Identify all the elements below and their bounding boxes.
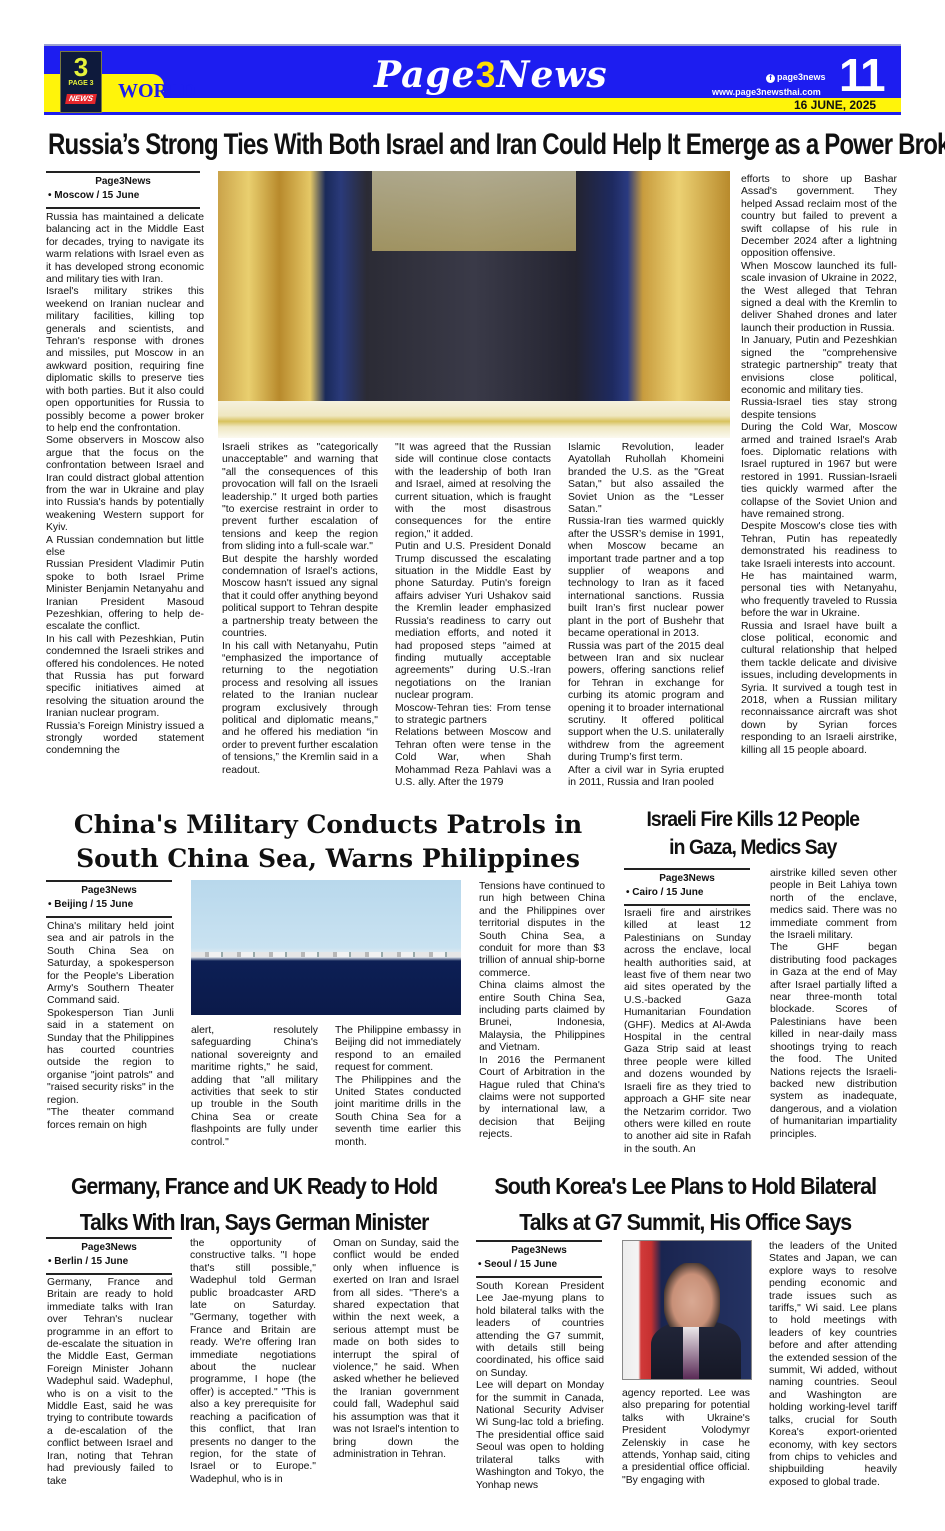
byline-dateline: • Beijing / 15 June <box>46 898 172 912</box>
korea-col-2: agency reported. Lee was also preparing … <box>622 1388 750 1487</box>
article-paragraph: the opportunity of constructive talks. "… <box>190 1238 316 1486</box>
germany-col-2: the opportunity of constructive talks. "… <box>190 1238 316 1486</box>
facebook-handle-text: page3news <box>777 72 826 82</box>
article-paragraph: Oman on Sunday, said the conflict would … <box>333 1238 459 1461</box>
newspaper-page: 3 PAGE 3 NEWS WORLD Page3News fpage3news… <box>44 44 901 1494</box>
kremlin-interior <box>372 171 577 251</box>
article-paragraph: In his call with Pezeshkian, Putin conde… <box>46 634 204 721</box>
article-paragraph: The Philippines and the United States co… <box>335 1075 461 1149</box>
china-col-1: China's military held joint sea and air … <box>47 921 174 1132</box>
facebook-handle[interactable]: fpage3news <box>766 72 826 83</box>
article-paragraph: Tensions have continued to run high betw… <box>479 881 605 980</box>
byline-dateline: • Moscow / 15 June <box>46 189 200 203</box>
china-col-3: The Philippine embassy in Beijing did no… <box>335 1025 461 1149</box>
article-paragraph: Spokesperson Tian Junli said in a statem… <box>47 1008 174 1107</box>
russia-subhead-2: Moscow-Tehran ties: From tense to strate… <box>395 703 551 728</box>
article-paragraph: Russia has maintained a delicate balanci… <box>46 212 204 286</box>
page-number: 11 <box>839 50 884 100</box>
article-paragraph: agency reported. Lee was also preparing … <box>622 1388 750 1487</box>
china-byline: Page3News • Beijing / 15 June <box>46 880 172 918</box>
article-paragraph: airstrike killed seven other people in B… <box>770 868 897 942</box>
article-paragraph: Islamic Revolution, leader Ayatollah Ruh… <box>568 442 724 516</box>
byline-dateline: • Cairo / 15 June <box>624 886 750 900</box>
brand-left: Page <box>374 54 476 96</box>
kremlin-floor-trim <box>218 401 730 438</box>
byline-source: Page3News <box>624 872 750 886</box>
byline-dateline: • Seoul / 15 June <box>476 1258 602 1272</box>
russia-col-5: efforts to shore up Bashar Assad's gover… <box>741 174 897 757</box>
article-paragraph: Despite Moscow's close ties with Tehran,… <box>741 521 897 571</box>
byline-source: Page3News <box>476 1244 602 1258</box>
byline-dateline: • Berlin / 15 June <box>46 1255 172 1269</box>
germany-col-3: Oman on Sunday, said the conflict would … <box>333 1238 459 1461</box>
article-paragraph: When Moscow launched its full-scale inva… <box>741 261 897 335</box>
article-paragraph: During the Cold War, Moscow armed and tr… <box>741 422 897 521</box>
article-paragraph: In 2016 the Permanent Court of Arbitrati… <box>479 1055 605 1142</box>
article-paragraph: Relations between Moscow and Tehran ofte… <box>395 727 551 789</box>
masthead-divider <box>44 112 901 115</box>
russia-col-3: "It was agreed that the Russian side wil… <box>395 442 551 789</box>
russia-col-1: Russia has maintained a delicate balanci… <box>46 212 204 758</box>
article-paragraph: Russia and Israel have built a close pol… <box>741 621 897 757</box>
article-paragraph: After a civil war in Syria erupted in 20… <box>568 765 724 790</box>
article-paragraph: But despite the harshly worded condemnat… <box>222 554 378 641</box>
germany-headline: Germany, France and UK Ready to Hold Tal… <box>54 1168 454 1240</box>
russia-subhead-3: Russia-Israel ties stay strong despite t… <box>741 397 897 422</box>
website-link[interactable]: www.page3newsthai.com <box>712 87 821 98</box>
article-paragraph: Israel's military strikes this weekend o… <box>46 286 204 435</box>
article-paragraph: In his call with Netanyahu, Putin “empha… <box>222 641 378 777</box>
masthead: 3 PAGE 3 NEWS WORLD Page3News fpage3news… <box>44 44 901 104</box>
logo-number: 3 <box>61 54 101 80</box>
gaza-col-2: airstrike killed seven other people in B… <box>770 868 897 1141</box>
article-paragraph: efforts to shore up Bashar Assad's gover… <box>741 174 897 261</box>
article-paragraph: In January, Putin and Pezeshkian signed … <box>741 335 897 397</box>
article-paragraph: South Korean President Lee Jae-myung pla… <box>476 1281 604 1380</box>
article-paragraph: Germany, France and Britain are ready to… <box>47 1277 173 1488</box>
article-paragraph: Russia was part of the 2015 deal between… <box>568 641 724 765</box>
byline-source: Page3News <box>46 1241 172 1255</box>
article-paragraph: the leaders of the United States and Jap… <box>769 1241 897 1489</box>
article-paragraph: Israeli fire and airstrikes killed at le… <box>624 908 751 1156</box>
china-headline: China's Military Conducts Patrols in Sou… <box>48 808 608 876</box>
korea-col-1: South Korean President Lee Jae-myung pla… <box>476 1281 604 1492</box>
byline-source: Page3News <box>46 175 200 189</box>
article-paragraph: Israeli strikes as "categorically unacce… <box>222 442 378 554</box>
island-skyline <box>191 952 461 957</box>
china-col-2: alert, resolutely safeguarding China's n… <box>191 1025 318 1149</box>
article-paragraph: Russia’s Foreign Ministry issued a stron… <box>46 721 204 758</box>
russia-byline: Page3News • Moscow / 15 June <box>46 171 200 209</box>
article-paragraph: alert, resolutely safeguarding China's n… <box>191 1025 318 1149</box>
germany-col-1: Germany, France and Britain are ready to… <box>47 1277 173 1488</box>
korea-headline: South Korea's Lee Plans to Hold Bilatera… <box>476 1168 895 1240</box>
facebook-icon: f <box>766 74 775 83</box>
byline-source: Page3News <box>46 884 172 898</box>
article-paragraph: "It was agreed that the Russian side wil… <box>395 442 551 541</box>
page3-logo: 3 PAGE 3 NEWS <box>60 51 102 113</box>
brand-three: 3 <box>476 54 497 95</box>
russia-headline: Russia’s Strong Ties With Both Israel an… <box>48 126 898 164</box>
article-paragraph: He has maintained warm, personal ties wi… <box>741 571 897 621</box>
logo-badge: NEWS <box>65 94 97 104</box>
gaza-byline: Page3News • Cairo / 15 June <box>624 868 750 906</box>
section-label: WORLD <box>118 80 196 102</box>
russia-col-4: Islamic Revolution, leader Ayatollah Ruh… <box>568 442 724 789</box>
brand-right: News <box>497 54 608 96</box>
article-paragraph: Lee will depart on Monday for the summit… <box>476 1380 604 1492</box>
gaza-headline: Israeli Fire Kills 12 People in Gaza, Me… <box>624 806 882 862</box>
russia-subhead-1: A Russian condemnation but little else <box>46 535 204 560</box>
article-paragraph: The GHF began distributing food packages… <box>770 942 897 1141</box>
article-paragraph: Putin and U.S. President Donald Trump di… <box>395 541 551 702</box>
article-paragraph: China claims almost the entire South Chi… <box>479 980 605 1054</box>
publication-date: 16 JUNE, 2025 <box>794 99 876 112</box>
lee-jae-myung-photo <box>622 1240 752 1380</box>
article-paragraph: China's military held joint sea and air … <box>47 921 174 1008</box>
germany-byline: Page3News • Berlin / 15 June <box>46 1237 172 1275</box>
logo-text: PAGE 3 <box>61 80 101 88</box>
russia-col-2: Israeli strikes as "categorically unacce… <box>222 442 378 777</box>
article-paragraph: The Philippine embassy in Beijing did no… <box>335 1025 461 1075</box>
korea-byline: Page3News • Seoul / 15 June <box>476 1240 602 1278</box>
brand-wordmark: Page3News <box>374 52 608 98</box>
gaza-col-1: Israeli fire and airstrikes killed at le… <box>624 908 751 1156</box>
article-paragraph: "The theater command forces remain on hi… <box>47 1107 174 1132</box>
article-paragraph: Russia-Iran ties warmed quickly after th… <box>568 516 724 640</box>
photo-face <box>664 1263 720 1326</box>
korea-col-3: the leaders of the United States and Jap… <box>769 1241 897 1489</box>
china-col-4: Tensions have continued to run high betw… <box>479 881 605 1142</box>
article-paragraph: Some observers in Moscow also argue that… <box>46 435 204 534</box>
south-china-sea-photo <box>191 880 461 1015</box>
kremlin-photo <box>218 171 730 438</box>
article-paragraph: Russian President Vladimir Putin spoke t… <box>46 559 204 633</box>
photo-shirt <box>683 1324 698 1379</box>
